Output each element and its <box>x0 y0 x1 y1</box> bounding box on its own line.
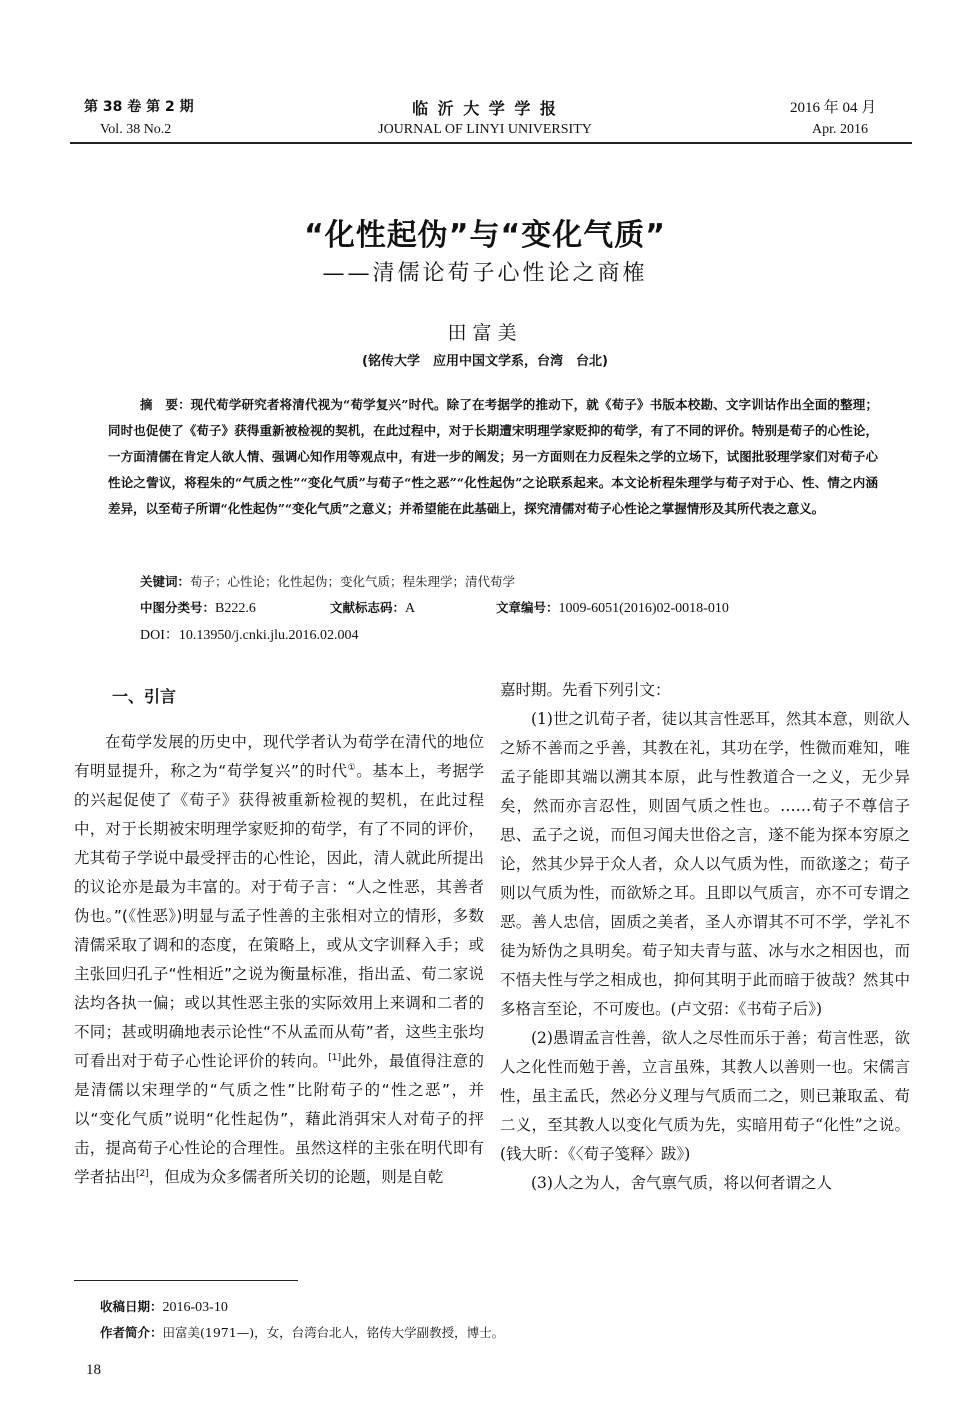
issue-date-en: Apr. 2016 <box>812 122 868 138</box>
received-date: 收稿日期：2016-03-10 <box>100 1294 504 1320</box>
continuation-text: 嘉时期。先看下列引文： <box>500 676 910 705</box>
author-affiliation: (铭传大学 应用中国文学系，台湾 台北) <box>0 350 970 369</box>
quote-3: (3)人之为人，舍气禀气质，将以何者谓之人 <box>500 1169 910 1198</box>
abstract: 摘 要：现代荀学研究者将清代视为“荀学复兴”时代。除了在考据学的推动下，就《荀子… <box>108 392 878 522</box>
doccode-label: 文献标志码： <box>330 600 405 615</box>
citation-marker[interactable]: [2] <box>136 1169 149 1179</box>
quote-2: (2)愚谓孟言性善，欲人之尽性而乐于善；荀言性恶，欲人之化性而勉于善，立言虽殊，… <box>500 1024 910 1169</box>
article-title: “化性起伪”与“变化气质” <box>0 210 970 254</box>
quote-1: (1)世之讥荀子者，徒以其言性恶耳，然其本意，则欲人之矫不善而之乎善，其教在礼，… <box>500 705 910 1024</box>
page-number: 18 <box>86 1362 101 1379</box>
clc-label: 中图分类号： <box>140 600 215 615</box>
footnote-rule <box>74 1280 298 1281</box>
keywords-label: 关键词： <box>140 574 190 589</box>
abstract-text: 现代荀学研究者将清代视为“荀学复兴”时代。除了在考据学的推动下，就《荀子》书版本… <box>108 397 878 516</box>
body-right-column: 嘉时期。先看下列引文： (1)世之讥荀子者，徒以其言性恶耳，然其本意，则欲人之矫… <box>500 676 910 1198</box>
bio-label: 作者简介： <box>100 1325 163 1340</box>
received-label: 收稿日期： <box>100 1299 163 1314</box>
text-segment: ，但成为众多儒者所关切的论题，则是自乾 <box>149 1168 444 1186</box>
body-left-column: 在荀学发展的历史中，现代学者认为荀学在清代的地位有明显提升，称之为“荀学复兴”的… <box>74 728 484 1192</box>
intro-paragraph: 在荀学发展的历史中，现代学者认为荀学在清代的地位有明显提升，称之为“荀学复兴”的… <box>74 728 484 1192</box>
clc-value: B222.6 <box>215 601 256 616</box>
doccode-value: A <box>405 601 415 616</box>
received-value: 2016-03-10 <box>163 1300 228 1315</box>
citation-marker[interactable]: [1] <box>328 1053 341 1063</box>
section-heading: 一、引言 <box>112 684 176 707</box>
document-code: 文献标志码：A <box>330 598 415 617</box>
text-segment: 。基本上，考据学的兴起促使了《荀子》获得被重新检视的契机，在此过程中，对于长期被… <box>74 762 484 1070</box>
keywords: 关键词：荀子；心性论；化性起伪；变化气质；程朱理学；清代荀学 <box>140 572 515 590</box>
text-segment: 此外，最值得注意的是清儒以宋理学的“气质之性”比附荀子的“性之恶”，并以“变化气… <box>74 1052 484 1186</box>
article-number: 文章编号：1009-6051(2016)02-0018-010 <box>496 598 729 617</box>
article-number-value: 1009-6051(2016)02-0018-010 <box>559 601 729 616</box>
author-name: 田富美 <box>0 318 970 345</box>
article-number-label: 文章编号： <box>496 600 559 615</box>
issue-date-cn: 2016 年 04 月 <box>790 96 876 117</box>
doi: DOI：10.13950/j.cnki.jlu.2016.02.004 <box>140 624 359 644</box>
abstract-label: 摘 要： <box>140 397 191 412</box>
keywords-text: 荀子；心性论；化性起伪；变化气质；程朱理学；清代荀学 <box>190 574 515 589</box>
footnotes: 收稿日期：2016-03-10 作者简介：田富美(1971—)，女，台湾台北人，… <box>100 1294 504 1345</box>
footnote-marker[interactable]: ① <box>348 763 357 773</box>
clc-code: 中图分类号：B222.6 <box>140 598 256 617</box>
author-bio: 作者简介：田富美(1971—)，女，台湾台北人，铭传大学副教授，博士。 <box>100 1320 504 1345</box>
header-rule <box>70 142 912 144</box>
article-subtitle: ——清儒论荀子心性论之商榷 <box>0 256 970 287</box>
bio-text: 田富美(1971—)，女，台湾台北人，铭传大学副教授，博士。 <box>163 1325 505 1340</box>
